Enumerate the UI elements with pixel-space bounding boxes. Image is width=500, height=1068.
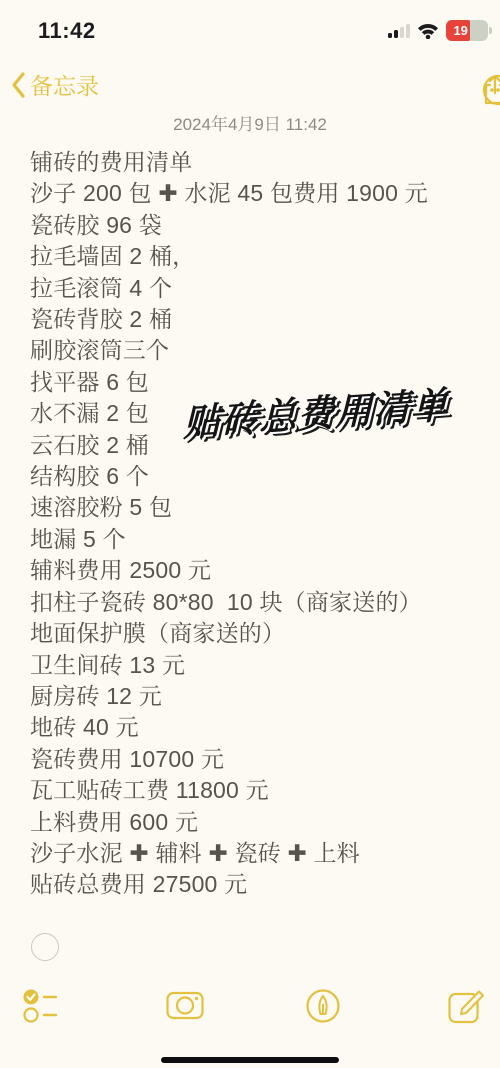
note-line: 沙子 200 包 ✚ 水泥 45 包费用 1900 元 (30, 178, 494, 209)
note-line: 上料费用 600 元 (30, 807, 494, 838)
nav-bar: 备忘录 (0, 62, 500, 110)
note-line: 拉毛墙固 2 桶， (30, 241, 494, 272)
battery-icon: 19 (446, 20, 488, 41)
note-line: 刷胶滚筒三个 (30, 335, 494, 366)
notes-app-screen: 11:42 19 (0, 0, 500, 1068)
note-line: 结构胶 6 个 (30, 461, 494, 492)
note-line: 卫生间砖 13 元 (30, 650, 494, 681)
note-line: 贴砖总费用 27500 元 (30, 869, 494, 900)
note-line: 地面保护膜（商家送的） (30, 618, 494, 649)
back-button-label: 备忘录 (30, 68, 99, 101)
note-line: 瓷砖费用 10700 元 (30, 744, 494, 775)
camera-button[interactable] (166, 988, 204, 1020)
note-text-area[interactable]: 铺砖的费用清单 沙子 200 包 ✚ 水泥 45 包费用 1900 元 瓷砖胶 … (30, 147, 494, 901)
note-line: 地漏 5 个 (30, 524, 494, 555)
back-button[interactable]: 备忘录 (10, 68, 99, 101)
note-line: 瓦工贴砖工费 11800 元 (30, 775, 494, 806)
clock: 11:42 (38, 18, 96, 44)
checklist-bullet[interactable] (31, 933, 59, 961)
note-line: 拉毛滚筒 4 个 (30, 273, 494, 304)
compose-button[interactable] (448, 988, 486, 1024)
note-line: 辅料费用 2500 元 (30, 555, 494, 586)
note-line: 厨房砖 12 元 (30, 681, 494, 712)
chevron-left-icon (10, 71, 26, 99)
wifi-icon (417, 23, 439, 39)
note-line: 铺砖的费用清单 (30, 147, 494, 178)
note-line: 速溶胶粉 5 包 (30, 492, 494, 523)
note-line: 瓷砖背胶 2 桶 (30, 304, 494, 335)
markup-pen-button[interactable] (305, 988, 341, 1024)
note-date: 2024年4月9日 11:42 (0, 110, 500, 135)
battery-percent: 19 (446, 20, 475, 41)
checklist-button[interactable] (22, 988, 64, 1024)
home-indicator[interactable] (161, 1057, 339, 1063)
note-line: 瓷砖胶 96 袋 (30, 210, 494, 241)
status-bar: 11:42 19 (0, 0, 500, 54)
more-options-button[interactable] (482, 74, 500, 106)
note-line: 地砖 40 元 (30, 712, 494, 743)
note-line: 扣柱子瓷砖 80*80 10 块（商家送的） (30, 587, 494, 618)
cellular-signal-icon (388, 24, 410, 38)
note-line: 沙子水泥 ✚ 辅料 ✚ 瓷砖 ✚ 上料 (30, 838, 494, 869)
bottom-toolbar (0, 984, 500, 1040)
status-icons: 19 (388, 20, 488, 41)
